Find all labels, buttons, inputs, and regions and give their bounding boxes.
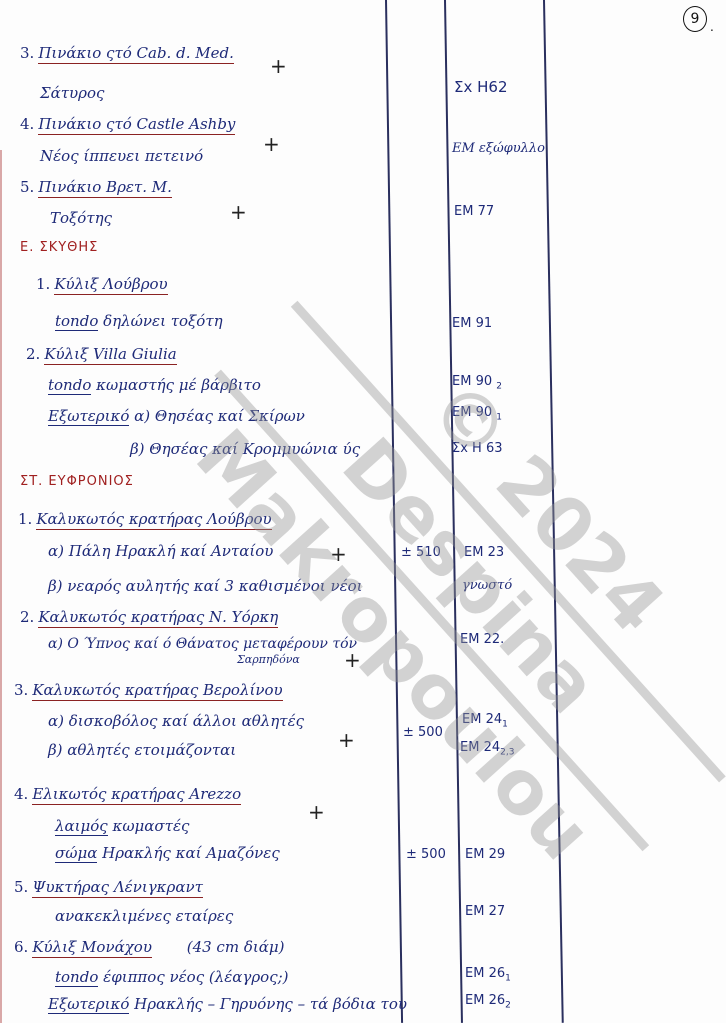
entry-description: β) νεαρός αυλητής καί 3 καθισμένοι νέοι	[48, 577, 363, 595]
reference-cell: Σx H62	[454, 78, 508, 96]
reference-cell: ΕΜ 90 2	[452, 374, 502, 392]
entry-number: 3.	[14, 681, 28, 699]
title-note: (43 cm διάμ)	[187, 938, 285, 956]
entry-description-continuation: Σαρπηδόνα	[237, 653, 300, 666]
entry-description: Σάτυρος	[40, 84, 104, 102]
cross-mark-icon: +	[330, 542, 347, 566]
column-divider-1	[385, 0, 403, 1023]
reference-subscript: 2	[505, 1001, 511, 1011]
entry-number: 1.	[18, 510, 32, 528]
reference-cell: ΕΜ 261	[465, 966, 511, 984]
entry-title-text: Καλυκωτός κρατήρας Ν. Υόρκη	[38, 608, 278, 628]
description-text: Ηρακλής καί Αμαζόνες	[102, 844, 280, 862]
reference-subscript: 2	[496, 382, 502, 392]
entry-title-text: Πινάκιο ςτό Castle Ashby	[38, 115, 235, 135]
reference-cell: ΕΜ 77	[454, 204, 494, 219]
part-label: Εξωτερικό	[48, 407, 129, 426]
entry-description: tondo έφιππος νέος (λέαγρος;)	[55, 968, 289, 986]
watermark-line: © 2024	[300, 241, 726, 774]
date-cell: ± 510	[401, 545, 441, 560]
entry-title: 1.Κύλιξ Λούβρου	[36, 275, 168, 293]
cross-mark-icon: +	[270, 54, 287, 78]
reference-cell: Σx H 63	[452, 441, 503, 456]
entry-description: Νέος ίππευει πετεινό	[40, 147, 203, 165]
reference-subscript: 1	[505, 974, 511, 984]
part-label: Εξωτερικό	[48, 995, 129, 1014]
reference-cell: ΕΜ 90 1	[452, 405, 502, 423]
entry-number: 2.	[20, 608, 34, 626]
entry-description: Τοξότης	[50, 209, 112, 227]
entry-description: Εξωτερικό Ηρακλής – Γηρυόνης – τά βόδια …	[48, 995, 407, 1013]
part-label: tondo	[55, 968, 98, 987]
reference-cell: ΕΜ 29	[465, 847, 505, 862]
description-text: κωμαστής μέ βάρβιτο	[96, 376, 261, 394]
description-text: κωμαστές	[112, 817, 189, 835]
page-number-suffix: .	[710, 20, 714, 34]
entry-number: 2.	[26, 345, 40, 363]
part-label: tondo	[48, 376, 91, 395]
date-cell: ± 500	[403, 725, 443, 740]
entry-title: 6.Κύλιξ Μονάχου (43 cm διάμ)	[14, 938, 284, 956]
entry-title: 5.Πινάκιο Βρετ. Μ.	[20, 178, 172, 196]
reference-cell: ΕΜ 262	[465, 993, 511, 1011]
reference-text: ΕΜ 26	[465, 966, 505, 981]
entry-number: 4.	[14, 785, 28, 803]
entry-title: 4.Πινάκιο ςτό Castle Ashby	[20, 115, 235, 133]
entry-description: Εξωτερικό α) Θησέας καί Σκίρων	[48, 407, 305, 425]
entry-title-text: Πινάκιο ςτό Cab. d. Med.	[38, 44, 234, 64]
description-text: έφιππος νέος (λέαγρος;)	[103, 968, 288, 986]
entry-number: 3.	[20, 44, 34, 62]
entry-title-text: Κύλιξ Villa Giulia	[44, 345, 176, 365]
entry-title: 2.Καλυκωτός κρατήρας Ν. Υόρκη	[20, 608, 278, 626]
entry-description: β) αθλητές ετοιμάζονται	[48, 741, 236, 759]
entry-description: ανακεκλιμένες εταίρες	[55, 907, 233, 925]
reference-cell: ΕΜ 242,3	[460, 740, 514, 758]
reference-cell: ΕΜ 23	[464, 545, 504, 560]
entry-title-text: Ψυκτήρας Λένιγκραντ	[32, 878, 203, 898]
entry-description: α) Πάλη Ηρακλή καί Ανταίου	[48, 542, 273, 560]
entry-title: 3.Πινάκιο ςτό Cab. d. Med.	[20, 44, 234, 62]
entry-title-text: Καλυκωτός κρατήρας Βερολίνου	[32, 681, 282, 701]
cross-mark-icon: +	[308, 800, 325, 824]
section-heading: ΣΤ. ΕΥΦΡΟΝΙΟΣ	[20, 474, 134, 489]
cross-mark-icon: +	[230, 200, 247, 224]
description-text: Ηρακλής – Γηρυόνης – τά βόδια του	[134, 995, 407, 1013]
reference-cell: ΕΜ εξώφυλλο	[452, 141, 545, 156]
part-label: λαιμός	[55, 817, 108, 836]
entry-title-text: Καλυκωτός κρατήρας Λούβρου	[36, 510, 271, 530]
entry-description: tondo δηλώνει τοξότη	[55, 312, 223, 330]
column-divider-3	[543, 0, 563, 1023]
entry-description: α) Ο Ύπνος καί ό Θάνατος μεταφέρουν τόν	[48, 636, 357, 652]
entry-title-text: Κύλιξ Μονάχου	[32, 938, 152, 958]
reference-cell: ΕΜ 241	[462, 712, 508, 730]
entry-number: 1.	[36, 275, 50, 293]
watermark-rule	[291, 301, 726, 783]
copyright-watermark: © 2024 Despina Makropoulou	[147, 241, 726, 912]
reference-text: ΕΜ 26	[465, 993, 505, 1008]
reference-text: ΕΜ 90	[452, 374, 492, 389]
entry-description: tondo κωμαστής μέ βάρβιτο	[48, 376, 261, 394]
page-number-value: 9	[691, 11, 700, 27]
entry-description: β) Θησέας καί Κρομμυώνια ύς	[130, 440, 360, 458]
entry-description: σώμα Ηρακλής καί Αμαζόνες	[55, 844, 280, 862]
description-text: α) Θησέας καί Σκίρων	[134, 407, 305, 425]
reference-cell: ΕΜ 27	[465, 904, 505, 919]
section-heading: Ε. ΣΚΥΘΗΣ	[20, 240, 98, 255]
reference-text: ΕΜ 24	[460, 740, 500, 755]
description-text: δηλώνει τοξότη	[103, 312, 222, 330]
entry-description: λαιμός κωμαστές	[55, 817, 189, 835]
cross-mark-icon: +	[263, 132, 280, 156]
reference-cell: ΕΜ 22.	[460, 632, 504, 647]
date-cell: ± 500	[406, 847, 446, 862]
entry-title: 1.Καλυκωτός κρατήρας Λούβρου	[18, 510, 272, 528]
page-number: 9	[683, 6, 707, 32]
reference-subscript: 1	[502, 720, 508, 730]
entry-number: 5.	[20, 178, 34, 196]
cross-mark-icon: +	[344, 648, 361, 672]
entry-title: 5.Ψυκτήρας Λένιγκραντ	[14, 878, 203, 896]
cross-mark-icon: +	[338, 728, 355, 752]
reference-cell: γνωστό	[462, 578, 512, 593]
reference-text: ΕΜ 24	[462, 712, 502, 727]
entry-title: 4.Ελικωτός κρατήρας Arezzo	[14, 785, 241, 803]
part-label: σώμα	[55, 844, 97, 863]
entry-title-text: Πινάκιο Βρετ. Μ.	[38, 178, 172, 198]
reference-cell: ΕΜ 91	[452, 316, 492, 331]
entry-number: 6.	[14, 938, 28, 956]
entry-title-text: Κύλιξ Λούβρου	[54, 275, 167, 295]
entry-number: 5.	[14, 878, 28, 896]
entry-title: 3.Καλυκωτός κρατήρας Βερολίνου	[14, 681, 283, 699]
entry-number: 4.	[20, 115, 34, 133]
part-label: tondo	[55, 312, 98, 331]
entry-description: α) δισκοβόλος καί άλλοι αθλητές	[48, 712, 304, 730]
reference-subscript: 2,3	[500, 748, 514, 758]
left-margin-line	[0, 150, 2, 1023]
reference-text: ΕΜ 90	[452, 405, 492, 420]
reference-subscript: 1	[496, 413, 502, 423]
entry-title-text: Ελικωτός κρατήρας Arezzo	[32, 785, 241, 805]
entry-title: 2.Κύλιξ Villa Giulia	[26, 345, 177, 363]
